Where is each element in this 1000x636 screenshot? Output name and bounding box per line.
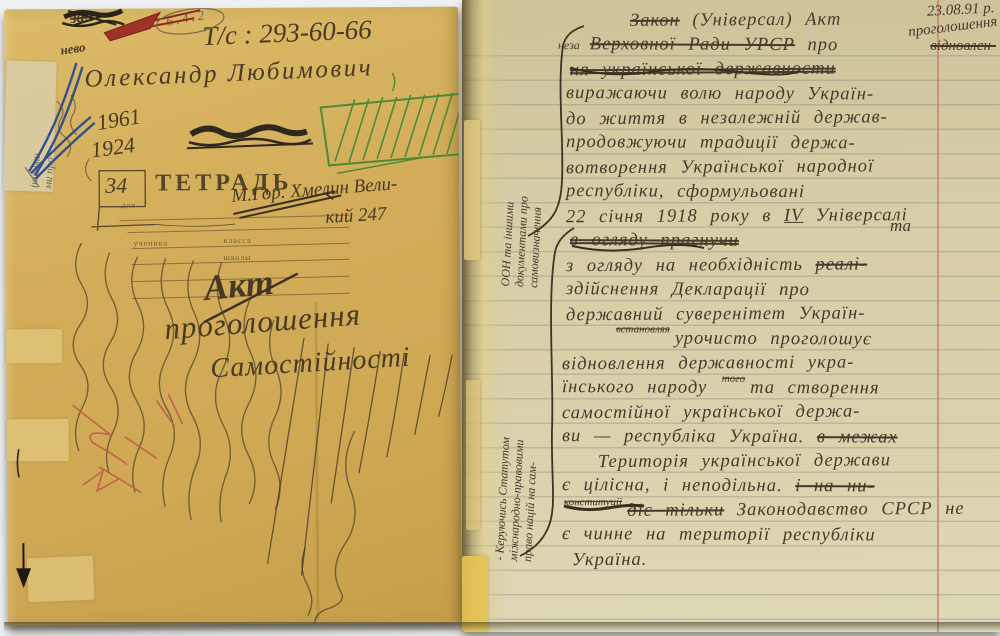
wavy-scribbles bbox=[73, 241, 356, 625]
notebook-cover-page: зал 6.4.2 Т/с : 293-60-66 Олександр Люби… bbox=[4, 7, 462, 626]
diagonal-scribbles bbox=[266, 337, 453, 576]
scanned-notebook-spread: зал 6.4.2 Т/с : 293-60-66 Олександр Люби… bbox=[0, 0, 1000, 636]
crossed-out-word-scribble bbox=[187, 127, 313, 148]
blue-check-mark bbox=[28, 63, 95, 179]
small-ink-tick bbox=[17, 449, 19, 477]
address-strike-marks bbox=[233, 191, 341, 218]
black-scribble-mark bbox=[62, 11, 124, 26]
manuscript-page: 23.08.91 р. проголошення відновлен- та З… bbox=[462, 0, 1000, 632]
form-lines bbox=[119, 215, 349, 298]
green-crossout-box bbox=[321, 72, 462, 173]
scan-bottom-shadow bbox=[4, 622, 1000, 631]
margin-brace-upper bbox=[528, 26, 584, 236]
down-arrow-mark bbox=[17, 543, 29, 585]
extra-strike-marks bbox=[564, 68, 800, 510]
number-box-pencil bbox=[91, 170, 235, 231]
cover-scribbles-overlay bbox=[4, 7, 462, 626]
margin-marks-overlay bbox=[462, 0, 1000, 632]
pencil-scribbles bbox=[25, 95, 92, 187]
corner-code-oval bbox=[155, 7, 226, 38]
